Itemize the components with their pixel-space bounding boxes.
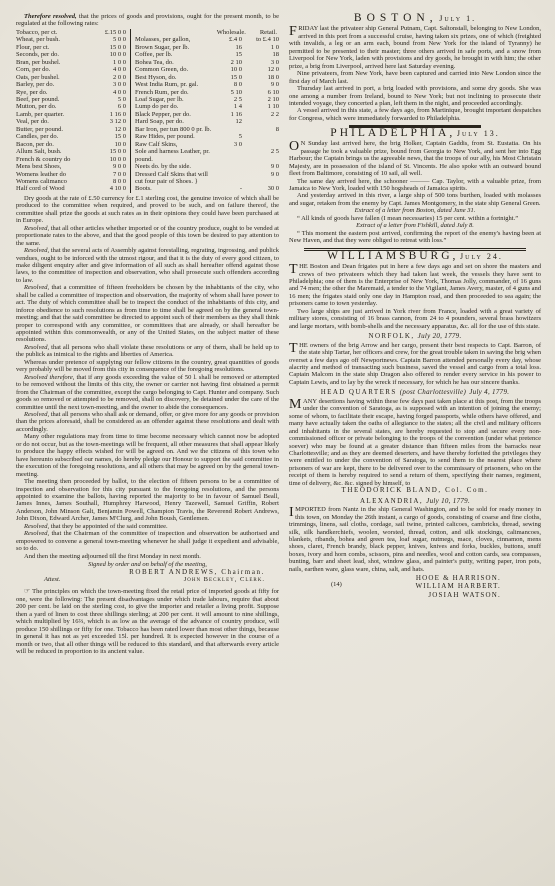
- price-item-value: 4 0 0: [113, 89, 126, 96]
- price-item-retail: 9 0: [242, 81, 279, 88]
- price-item-name: Brown Sugar, per lb.: [135, 44, 212, 51]
- price-item-wholesale: 16: [212, 44, 242, 51]
- resolution-paragraph: And then the meeting adjourned till the …: [16, 553, 279, 560]
- price-item-retail: 9 0: [242, 171, 279, 186]
- boston-heading: BOSTON, July 1.: [289, 15, 541, 23]
- price-item-wholesale: 1 4: [212, 103, 242, 110]
- price-item-value: 5 0: [118, 96, 126, 103]
- merchant-signatures: HOOE & HARRISON.WILLIAM HARBERT.JOSIAH W…: [342, 574, 541, 599]
- merchant-signature: HOOE & HARRISON.: [342, 574, 501, 582]
- price-item-retail: 6 10: [242, 89, 279, 96]
- resolution-text: that all persons who shall violate these…: [16, 344, 279, 358]
- price-row: Womens leather do 7 0 0: [16, 171, 126, 178]
- price-row: Allum Salt, bush. 15 0 0: [16, 148, 126, 155]
- price-item-name: Tobacco, per ct.: [16, 29, 105, 36]
- extract-fishkill-body: “ This moment the eastern post arrived, …: [289, 230, 541, 245]
- price-item-name: Bar Iron, per tun 800 0 pr. lb.: [135, 126, 212, 133]
- resolution-paragraph: Resolved, that the several acts of Assem…: [16, 247, 279, 284]
- price-item-value: 6 0: [118, 103, 126, 110]
- price-item-value: 4 10 0: [110, 185, 126, 192]
- price-item-retail: 1 0: [242, 44, 279, 51]
- price-item-wholesale: 12: [212, 118, 242, 125]
- price-item-retail: 8: [242, 126, 279, 133]
- price-item-retail: 12 0: [242, 66, 279, 73]
- price-item-name: Beef, per pound.: [16, 96, 118, 103]
- intro-lead: Therefore resolved,: [24, 13, 79, 20]
- headquarters-dropcap: M: [289, 398, 303, 411]
- price-item-value: 5 0 0: [113, 36, 126, 43]
- price-item-name: Mutton, per do.: [16, 103, 118, 110]
- news-text: Two large ships are just arrived in York…: [289, 308, 541, 330]
- philadelphia-heading: PHILADELPHIA, July 13.: [289, 130, 541, 138]
- resolution-paragraph: Resolved, that all persons who shall vio…: [16, 344, 279, 359]
- price-item-name: Lamb, per quarter.: [16, 111, 110, 118]
- price-item-name: Bohea Tea, do.: [135, 59, 212, 66]
- resolution-lead: Resolved,: [24, 247, 51, 254]
- news-text: A vessel arrived in this state, a few da…: [289, 107, 541, 121]
- price-item-wholesale: £.4 0: [212, 36, 242, 43]
- resolution-text: Many other regulations may from time to …: [16, 433, 279, 477]
- price-row: Bacon, per do. 10 0: [16, 141, 126, 148]
- intro-paragraph: Therefore resolved, that the prices of g…: [16, 13, 279, 28]
- price-row: Dressed Calf Skins that will cut four pa…: [135, 171, 279, 186]
- resolution-paragraph: Resolved, that all persons who shall ask…: [16, 411, 279, 433]
- price-item-retail: 9 0: [242, 163, 279, 170]
- price-item-wholesale: 15: [212, 51, 242, 58]
- price-item-name: Half cord of Wood: [16, 185, 110, 192]
- price-item-name: Allum Salt, bush.: [16, 148, 110, 155]
- philadelphia-dropcap: O: [289, 140, 301, 153]
- philadelphia-lead-paragraph: ON Sunday last arrived here, the brig Ho…: [289, 140, 541, 177]
- price-row: Loaf Sugar, per lb. 2 5 2 10: [135, 96, 279, 103]
- philadelphia-city-name: PHILADELPHIA,: [330, 127, 455, 139]
- price-row: Wheat, per bush. 5 0 0: [16, 36, 126, 43]
- price-row: Sole and harness Leather, pr. pound. 2 5: [135, 148, 279, 163]
- resolution-lead: Resolved,: [24, 411, 51, 418]
- page-signature-mark: (14): [331, 581, 342, 599]
- price-item-wholesale: 5: [212, 133, 242, 140]
- price-item-value: 7 0 0: [113, 171, 126, 178]
- right-column: BOSTON, July 1. FRIDAY last the privatee…: [289, 13, 541, 656]
- price-row: Lamb, per quarter. 1 16 0: [16, 111, 126, 118]
- price-row: Barley, per do. 3 0 0: [16, 81, 126, 88]
- price-row: Bran, per bushel. 1 0 0: [16, 59, 126, 66]
- boston-lead-text: RIDAY last the privateer ship General Pu…: [289, 25, 541, 69]
- price-row: Tobacco, per ct. £.15 0 0: [16, 29, 126, 36]
- alexandria-place-name: ALEXANDRIA,: [360, 497, 423, 505]
- resolution-text: And then the meeting adjourned till the …: [24, 553, 201, 560]
- price-item-retail: [242, 118, 279, 125]
- resolution-text: that the Chairman of the committee of in…: [16, 530, 279, 552]
- price-item-name: French Rum, per do.: [135, 89, 212, 96]
- headquarters-dateline: July 4, 1779.: [469, 388, 509, 396]
- resolution-paragraph: Resolved, that they be appointed of the …: [16, 523, 279, 530]
- alexandria-lead-paragraph: IMPORTED from Nantz in the ship General …: [289, 506, 541, 573]
- price-item-name: Black Pepper, per do.: [135, 111, 212, 118]
- footnote-paragraph: ☞ The principles on which the town-meeti…: [16, 588, 279, 655]
- price-item-name: Bacon, per do.: [16, 141, 115, 148]
- williamsburg-paragraphs: Two large ships are just arrived in York…: [289, 308, 541, 330]
- merchant-signature: WILLIAM HARBERT.: [342, 582, 501, 590]
- section-williamsburg: WILLIAMSBURG, July 24. THE Boston and De…: [289, 253, 541, 331]
- price-item-retail: [242, 133, 279, 140]
- price-item-retail: 2 5: [242, 148, 279, 163]
- resolution-paragraph: The meeting then proceeded by ballot, to…: [16, 478, 279, 523]
- williamsburg-city-name: WILLIAMSBURG,: [327, 250, 458, 262]
- price-row: French & country do 10 0 0: [16, 156, 126, 163]
- section-norfolk: NORFOLK, July 20, 1779. THE owners of th…: [289, 333, 541, 386]
- extract-fishkill-heading: Extract of a letter from Fishkill, dated…: [289, 222, 541, 229]
- resolution-paragraph: Resolved therefore, that if any goods ex…: [16, 374, 279, 411]
- price-item-wholesale: 1 16: [212, 111, 242, 118]
- price-item-wholesale: [212, 171, 242, 186]
- attest-row: Attest. John Beckley, Clerk.: [16, 576, 279, 583]
- price-item-name: French & country do: [16, 156, 110, 163]
- price-item-name: Molasses, per gallon,: [135, 36, 212, 43]
- price-row: Veal, per do. 3 12 0: [16, 118, 126, 125]
- price-item-name: Raw Hides, per pound.: [135, 133, 212, 140]
- philadelphia-lead-text: N Sunday last arrived here, the brig Hol…: [289, 140, 541, 177]
- price-row: Rye, per do. 4 0 0: [16, 89, 126, 96]
- section-boston: BOSTON, July 1. FRIDAY last the privatee…: [289, 15, 541, 122]
- price-item-wholesale: 10 0: [212, 66, 242, 73]
- alexandria-footer: (14) HOOE & HARRISON.WILLIAM HARBERT.JOS…: [289, 573, 541, 599]
- price-row: Bohea Tea, do. 2 10 3 0: [135, 59, 279, 66]
- resolution-text: that the several acts of Assembly agains…: [16, 247, 279, 284]
- headquarters-heading: HEAD QUARTERS (post Charlottesville) Jul…: [289, 389, 541, 396]
- price-item-value: 1 16 0: [110, 111, 126, 118]
- resolution-lead: Resolved,: [24, 344, 51, 351]
- philadelphia-dateline: July 13.: [457, 129, 500, 138]
- price-item-retail: to £.4 10: [242, 36, 279, 43]
- news-text: The same day arrived here, the schooner …: [289, 178, 541, 192]
- price-item-retail: 2 2: [242, 111, 279, 118]
- price-item-name: Seconds, per do.: [16, 51, 110, 58]
- resolution-paragraph: Resolved, that the Chairman of the commi…: [16, 530, 279, 552]
- resolution-text: that a committee of fifteen freeholders …: [16, 284, 279, 343]
- price-item-name: Sole and harness Leather, pr. pound.: [135, 148, 212, 163]
- price-item-name: West India Rum, pr. gal.: [135, 81, 212, 88]
- news-text: And yesterday arrived in this river, a l…: [289, 192, 541, 206]
- price-item-retail: 18: [242, 51, 279, 58]
- news-paragraph: Nine privateers, from New York, have bee…: [289, 70, 541, 85]
- page-columns: Therefore resolved, that the prices of g…: [0, 0, 555, 664]
- price-row: Lump do per do. 1 4 1 10: [135, 103, 279, 110]
- price-item-value: 1 0 0: [113, 59, 126, 66]
- footnote-text: The principles on which the town-meeting…: [16, 588, 279, 655]
- boston-paragraphs: Nine privateers, from New York, have bee…: [289, 70, 541, 122]
- resolution-lead: Resolved,: [24, 225, 51, 232]
- price-table-right: Wholesale. Retail. Molasses, per gallon,…: [131, 29, 279, 193]
- price-item-retail: 1 10: [242, 103, 279, 110]
- price-item-name: Oats, per bushel.: [16, 74, 113, 81]
- norfolk-dateline: July 20, 1779.: [418, 332, 462, 340]
- price-row: Raw Calf Skins, 3 0: [135, 141, 279, 148]
- news-paragraph: Thursday last arrived in port, a brig lo…: [289, 85, 541, 107]
- price-item-name: Dressed Calf Skins that will cut four pa…: [135, 171, 212, 186]
- headquarters-lead-paragraph: MANY desertions having within these few …: [289, 398, 541, 487]
- williamsburg-heading: WILLIAMSBURG, July 24.: [289, 253, 541, 261]
- price-item-value: 3 0 0: [113, 81, 126, 88]
- williamsburg-lead-paragraph: THE Boston and Dean frigates put in here…: [289, 263, 541, 308]
- resolution-paragraph: Dry goods at the rate of £.50 currency f…: [16, 195, 279, 225]
- alexandria-dateline: July 10, 1779.: [426, 497, 470, 505]
- alexandria-lead-text: MPORTED from Nantz in the ship General W…: [289, 506, 541, 573]
- resolution-text: Whereas under pretence of supplying our …: [16, 359, 279, 373]
- price-table-right-rows: Molasses, per gallon, £.4 0 to £.4 10 Br…: [135, 36, 279, 193]
- price-item-value: 12 0: [115, 126, 126, 133]
- price-item-value: 10 0 0: [110, 156, 126, 163]
- price-item-name: Mens best Shoes,: [16, 163, 113, 170]
- price-item-name: Womens leather do: [16, 171, 113, 178]
- price-row: Molasses, per gallon, £.4 0 to £.4 10: [135, 36, 279, 43]
- price-row: Hard Soap, per do. 12: [135, 118, 279, 125]
- price-item-value: 4 0 0: [113, 66, 126, 73]
- williamsburg-dropcap: T: [289, 263, 299, 276]
- price-item-value: 10 0: [115, 141, 126, 148]
- price-item-wholesale: 2 5: [212, 96, 242, 103]
- price-row: Neets do. by the side. 9 0: [135, 163, 279, 170]
- attest-label: Attest.: [44, 576, 60, 583]
- price-item-value: 2 0 0: [113, 74, 126, 81]
- price-row: Corn, per do. 4 0 0: [16, 66, 126, 73]
- price-row: Bar Iron, per tun 800 0 pr. lb. 8: [135, 126, 279, 133]
- headquarters-name: HEAD QUARTERS: [321, 388, 397, 396]
- price-item-wholesale: 5 10: [212, 89, 242, 96]
- clerk-signature: John Beckley, Clerk.: [184, 576, 265, 583]
- price-item-name: Neets do. by the side.: [135, 163, 212, 170]
- resolution-lead: Resolved,: [24, 523, 51, 530]
- headquarters-lead-text: ANY desertions having within these few d…: [289, 398, 541, 487]
- price-item-name: Coffee, per lb.: [135, 51, 212, 58]
- price-item-retail: 2 10: [242, 96, 279, 103]
- price-item-name: Veal, per do.: [16, 118, 110, 125]
- boston-lead-paragraph: FRIDAY last the privateer ship General P…: [289, 25, 541, 70]
- boston-dateline: July 1.: [439, 14, 476, 23]
- williamsburg-lead-text: HE Boston and Dean frigates put in here …: [289, 263, 541, 307]
- resolution-lead: Resolved therefore,: [24, 374, 76, 381]
- price-item-value: 10 0 0: [110, 51, 126, 58]
- price-item-value: £.15 0 0: [105, 29, 126, 36]
- norfolk-heading: NORFOLK, July 20, 1779.: [289, 333, 541, 340]
- news-paragraph: A vessel arrived in this state, a few da…: [289, 107, 541, 122]
- retail-header: Retail.: [260, 29, 277, 36]
- norfolk-dropcap: T: [289, 342, 299, 355]
- price-item-wholesale: [212, 163, 242, 170]
- price-item-name: Wheat, per bush.: [16, 36, 113, 43]
- price-item-name: Flour, per ct.: [16, 44, 110, 51]
- price-row: Seconds, per do. 10 0 0: [16, 51, 126, 58]
- resolution-paragraph: Resolved, that all other articles whethe…: [16, 225, 279, 247]
- price-row: Candles, per do. 15 0: [16, 133, 126, 140]
- price-row: Flour, per ct. 15 0 0: [16, 44, 126, 51]
- wholesale-header: Wholesale.: [217, 29, 246, 36]
- price-row: Coffee, per lb. 15 18: [135, 51, 279, 58]
- price-item-name: Butter, per pound.: [16, 126, 115, 133]
- price-item-name: Barley, per do.: [16, 81, 113, 88]
- price-item-name: Hard Soap, per do.: [135, 118, 212, 125]
- resolution-text: that they be appointed of the said commi…: [51, 523, 168, 530]
- norfolk-lead-text: HE owners of the brig Arrow and her carg…: [289, 342, 541, 386]
- price-item-name: Raw Calf Skins,: [135, 141, 212, 148]
- boston-dropcap: F: [289, 25, 298, 38]
- price-row: Raw Hides, per pound. 5: [135, 133, 279, 140]
- price-table-headers: Wholesale. Retail.: [135, 29, 279, 36]
- price-item-wholesale: 3 0: [212, 141, 242, 148]
- news-text: Thursday last arrived in port, a brig lo…: [289, 85, 541, 107]
- boston-city-name: BOSTON,: [354, 12, 438, 24]
- price-item-wholesale: [212, 148, 242, 163]
- resolution-lead: Resolved,: [24, 284, 51, 291]
- resolution-text: that all other articles whether imported…: [16, 225, 279, 247]
- resolution-lead: Resolved,: [24, 530, 52, 537]
- price-item-name: Loaf Sugar, per lb.: [135, 96, 212, 103]
- headquarters-note: (post Charlottesville): [400, 388, 466, 396]
- price-row: Best Hyson, do. 15 0 18 0: [135, 74, 279, 81]
- news-text: Nine privateers, from New York, have bee…: [289, 70, 541, 84]
- resolutions: Dry goods at the rate of £.50 currency f…: [16, 195, 279, 560]
- price-item-value: 9 0 0: [113, 163, 126, 170]
- williamsburg-dateline: July 24.: [460, 252, 503, 261]
- resolution-text: The meeting then proceeded by ballot, to…: [16, 478, 279, 522]
- price-item-retail: [242, 141, 279, 148]
- price-item-value: 15 0 0: [110, 44, 126, 51]
- resolution-text: that all persons who shall ask or demand…: [16, 411, 279, 433]
- resolution-text: Dry goods at the rate of £.50 currency f…: [16, 195, 279, 224]
- price-item-name: Bran, per bushel.: [16, 59, 113, 66]
- price-table-left: Tobacco, per ct. £.15 0 0 Wheat, per bus…: [16, 29, 131, 193]
- philadelphia-paragraphs: The same day arrived here, the schooner …: [289, 178, 541, 208]
- price-row: Half cord of Wood 4 10 0: [16, 185, 126, 192]
- news-paragraph: And yesterday arrived in this river, a l…: [289, 192, 541, 207]
- price-row: Womens calimanco 8 0 0: [16, 178, 126, 185]
- newspaper-page: Therefore resolved, that the prices of g…: [0, 0, 555, 886]
- price-item-name: Corn, per do.: [16, 66, 113, 73]
- price-item-wholesale: [212, 126, 242, 133]
- price-item-retail: 18 0: [242, 74, 279, 81]
- price-row: Brown Sugar, per lb. 16 1 0: [135, 44, 279, 51]
- price-item-wholesale: 8 0: [212, 81, 242, 88]
- section-philadelphia: PHILADELPHIA, July 13. ON Sunday last ar…: [289, 130, 541, 245]
- price-row: West India Rum, pr. gal. 8 0 9 0: [135, 81, 279, 88]
- pointing-hand-icon: ☞: [24, 587, 30, 595]
- price-item-wholesale: 2 10: [212, 59, 242, 66]
- price-item-value: 8 0 0: [113, 178, 126, 185]
- resolution-paragraph: Resolved, that a committee of fifteen fr…: [16, 284, 279, 344]
- price-item-name: Womens calimanco: [16, 178, 113, 185]
- price-row: Boots. - 30 0: [135, 185, 279, 192]
- left-column: Therefore resolved, that the prices of g…: [16, 13, 279, 656]
- price-item-value: 15 0: [115, 133, 126, 140]
- norfolk-lead-paragraph: THE owners of the brig Arrow and her car…: [289, 342, 541, 387]
- price-row: Butter, per pound. 12 0: [16, 126, 126, 133]
- merchant-signature: JOSIAH WATSON.: [342, 591, 501, 599]
- price-item-name: Rye, per do.: [16, 89, 113, 96]
- section-headquarters: HEAD QUARTERS (post Charlottesville) Jul…: [289, 389, 541, 494]
- price-item-name: Best Hyson, do.: [135, 74, 212, 81]
- headquarters-signoff: THEODORICK BLAND, Col. Com.: [289, 487, 541, 494]
- resolution-paragraph: Whereas under pretence of supplying our …: [16, 359, 279, 374]
- resolution-paragraph: Many other regulations may from time to …: [16, 433, 279, 478]
- chairman-signature: ROBERT ANDREWS, Chairman.: [16, 569, 279, 576]
- price-row: Mens best Shoes, 9 0 0: [16, 163, 126, 170]
- norfolk-place-name: NORFOLK,: [368, 332, 414, 340]
- news-paragraph: Two large ships are just arrived in York…: [289, 308, 541, 330]
- price-row: French Rum, per do. 5 10 6 10: [135, 89, 279, 96]
- extract-boston-body: “ All kinds of goods have fallen (I mean…: [289, 215, 541, 222]
- price-row: Common Green, do. 10 0 12 0: [135, 66, 279, 73]
- extract-boston-heading: Extract of a letter from Boston, dated J…: [289, 207, 541, 214]
- price-row: Beef, per pound. 5 0: [16, 96, 126, 103]
- price-row: Black Pepper, per do. 1 16 2 2: [135, 111, 279, 118]
- price-item-name: Common Green, do.: [135, 66, 212, 73]
- news-paragraph: The same day arrived here, the schooner …: [289, 178, 541, 193]
- price-item-retail: 30 0: [242, 185, 279, 192]
- price-item-name: Boots.: [135, 185, 212, 192]
- price-item-value: 15 0 0: [110, 148, 126, 155]
- price-item-value: 3 12 0: [110, 118, 126, 125]
- price-item-retail: 3 0: [242, 59, 279, 66]
- alexandria-heading: ALEXANDRIA, July 10, 1779.: [289, 498, 541, 505]
- price-item-name: Candles, per do.: [16, 133, 115, 140]
- section-alexandria: ALEXANDRIA, July 10, 1779. IMPORTED from…: [289, 498, 541, 599]
- price-item-wholesale: -: [212, 185, 242, 192]
- price-item-wholesale: 15 0: [212, 74, 242, 81]
- price-table: Tobacco, per ct. £.15 0 0 Wheat, per bus…: [16, 29, 279, 193]
- price-row: Oats, per bushel. 2 0 0: [16, 74, 126, 81]
- price-item-name: Lump do per do.: [135, 103, 212, 110]
- price-row: Mutton, per do. 6 0: [16, 103, 126, 110]
